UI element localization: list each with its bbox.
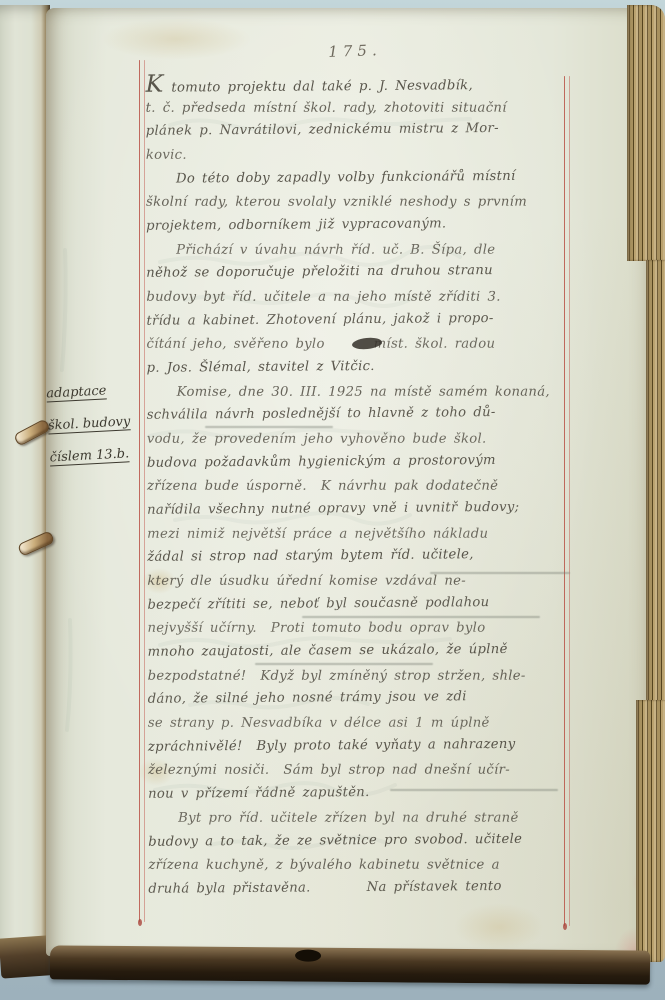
manuscript-line: Do této doby zapadly volby funkcionářů m…: [146, 164, 582, 191]
margin-note-line: adaptace: [46, 374, 144, 411]
page-number: 175.: [315, 41, 396, 62]
body-text: K tomuto projektu dal také p. J. Nesvadb…: [146, 71, 585, 901]
manuscript-line: něhož se doporučuje přeložiti na druhou …: [146, 259, 582, 286]
paper-stain: [101, 18, 251, 60]
left-margin-rule: [144, 60, 145, 922]
manuscript-line: projektem, odborníkem již vypracovaným.: [146, 211, 582, 238]
pencil-mark: [255, 663, 433, 665]
edge-dark-spot: [295, 950, 321, 962]
book-bottom-edge: [50, 945, 650, 984]
facing-page: [0, 5, 50, 947]
pencil-mark: [390, 789, 558, 791]
pencil-mark: [205, 426, 333, 428]
manuscript-line: třídu a kabinet. Zhotovení plánu, jakož …: [146, 306, 582, 333]
paper-stain: [454, 903, 544, 951]
margin-note: adaptaceškol. budovyčíslem 13.b.: [46, 374, 147, 475]
manuscript-line: bezpečí zřítiti se, neboť byl současně p…: [147, 590, 583, 617]
book-scan-photo: 175. K tomuto projektu dal také p. J. Ne…: [0, 0, 665, 1000]
rule-end-blot: [563, 923, 567, 930]
manuscript-line: plánek p. Navrátilovi, zednickému mistru…: [146, 117, 582, 144]
manuscript-line: Byt pro říd. učitele zřízen byl na druhé…: [148, 806, 584, 830]
manuscript-line: schválila návrh poslednější to hlavně z …: [147, 401, 583, 428]
margin-note-line: číslem 13.b.: [49, 437, 147, 474]
manuscript-line: K tomuto projektu dal také p. J. Nesvadb…: [146, 69, 582, 96]
rule-end-blot: [138, 919, 142, 926]
fore-edge-pages: [627, 5, 665, 261]
manuscript-line: budovy a to tak, že ze světnice pro svob…: [148, 827, 584, 854]
pencil-mark: [302, 616, 540, 618]
fore-edge-pages: [646, 260, 665, 702]
fore-edge-pages: [636, 700, 665, 962]
manuscript-line: žádal si strop nad starým bytem říd. uči…: [147, 543, 583, 570]
manuscript-line: dáno, že silné jeho nosné trámy jsou ve …: [148, 685, 584, 712]
manuscript-line: druhá byla přistavěna. Na přístavek tent…: [148, 874, 584, 901]
manuscript-line: mnoho zaujatosti, ale časem se ukázalo, …: [147, 637, 583, 664]
manuscript-line: budova požadavkům hygienickým a prostoro…: [147, 448, 583, 475]
margin-note-line: škol. budovy: [47, 406, 145, 443]
manuscript-line: nou v přízemí řádně zapuštěn.: [148, 779, 584, 806]
pencil-mark: [430, 572, 570, 574]
manuscript-line: p. Jos. Šlémal, stavitel z Vitčic.: [146, 353, 582, 380]
manuscript-line: zpráchnivělé! Byly proto také vyňaty a n…: [148, 732, 584, 759]
manuscript-line: nařídila všechny nutné opravy vně i uvni…: [147, 495, 583, 522]
